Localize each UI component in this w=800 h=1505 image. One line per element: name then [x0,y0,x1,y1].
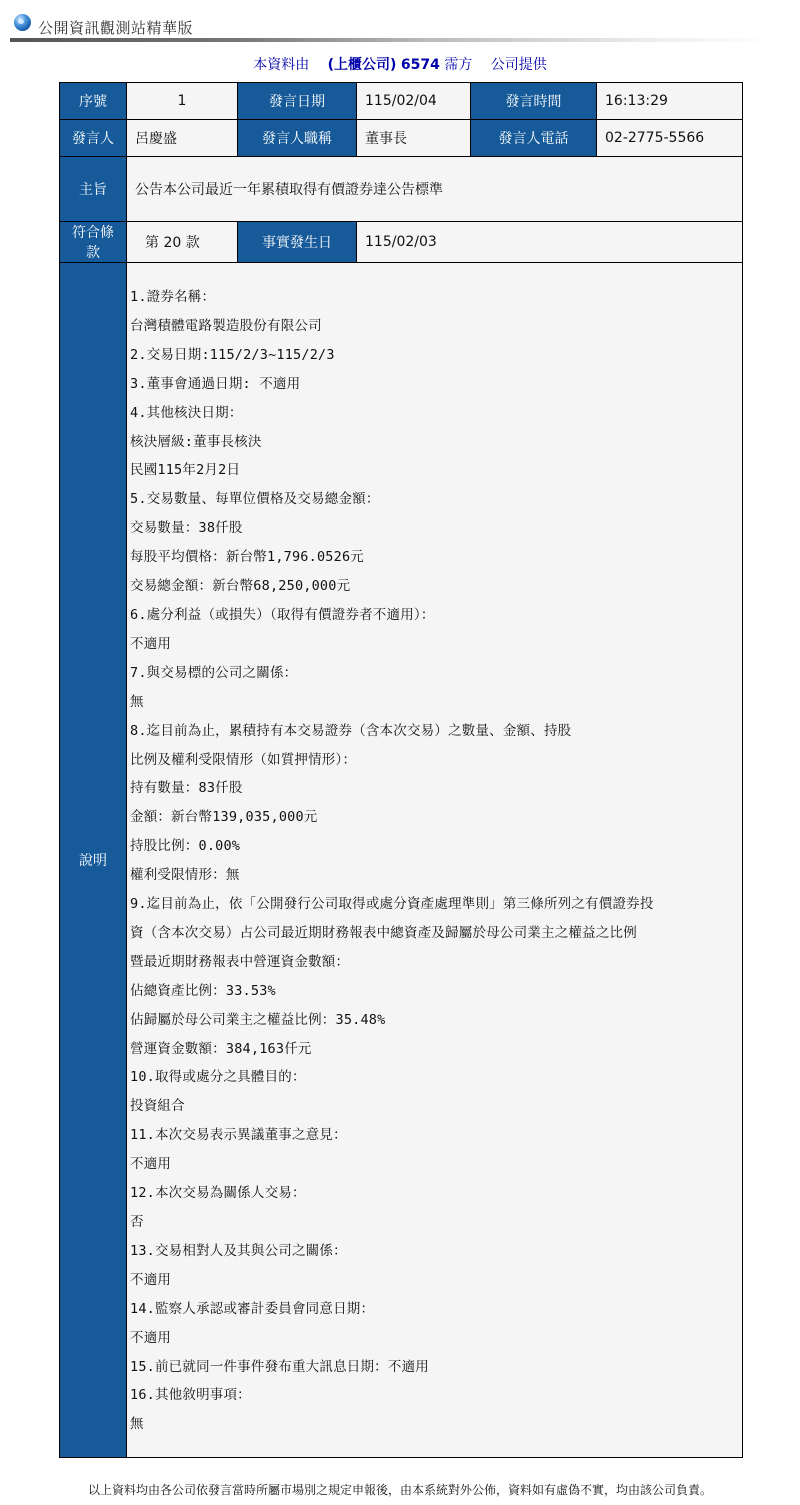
description-line: 10.取得或處分之具體目的： [130,1063,742,1092]
description-line: 否 [130,1208,742,1237]
description-line: 持有數量：83仟股 [130,774,742,803]
provider-line: 本資料由 (上櫃公司) 6574 霈方 公司提供 [0,54,800,74]
clause-label: 符合條款 [60,222,127,263]
description-line: 核決層級:董事長核決 [130,428,742,457]
speaker-title-value: 董事長 [357,120,471,157]
description-line: 民國115年2月2日 [130,456,742,485]
speaker-value: 呂慶盛 [127,120,238,157]
description-line: 比例及權利受限情形（如質押情形）： [130,746,742,775]
description-line: 不適用 [130,630,742,659]
header-divider [10,38,770,42]
description-line: 營運資金數額：384,163仟元 [130,1035,742,1064]
description-line: 7.與交易標的公司之關係： [130,659,742,688]
provider-market: (上櫃公司) [328,57,397,73]
description-line: 無 [130,1410,742,1439]
description-line: 暨最近期財務報表中營運資金數額： [130,948,742,977]
site-header: 公開資訊觀測站精華版 [10,12,770,40]
provider-company: 霈方 [444,57,472,73]
provider-code: 6574 [401,57,440,73]
description-line: 8.迄目前為止，累積持有本交易證券（含本次交易）之數量、金額、持股 [130,717,742,746]
description-line: 1.證券名稱： [130,283,742,312]
time-value: 16:13:29 [597,83,743,120]
description-line: 6.處分利益（或損失）（取得有價證券者不適用）： [130,601,742,630]
seq-label: 序號 [60,83,127,120]
description-line: 權利受限情形：無 [130,861,742,890]
description-line: 4.其他核決日期： [130,399,742,428]
speaker-label: 發言人 [60,120,127,157]
description-line: 13.交易相對人及其與公司之關係： [130,1237,742,1266]
description-line: 台灣積體電路製造股份有限公司 [130,312,742,341]
description-line: 每股平均價格：新台幣1,796.0526元 [130,543,742,572]
subject-label: 主旨 [60,157,127,222]
footer-disclaimer: 以上資料均由各公司依發言當時所屬市場別之規定申報後，由本系統對外公佈，資料如有虛… [0,1481,800,1498]
table-row: 序號 1 發言日期 115/02/04 發言時間 16:13:29 [60,83,743,120]
provider-suffix: 公司提供 [491,57,547,73]
table-row: 符合條款 第 20 款 事實發生日 115/02/03 [60,222,743,263]
phone-value: 02-2775-5566 [597,120,743,157]
site-title: 公開資訊觀測站精華版 [38,17,193,38]
globe-icon [14,14,31,31]
phone-label: 發言人電話 [471,120,597,157]
description-cell: 1.證券名稱：台灣積體電路製造股份有限公司2.交易日期:115/2/3~115/… [127,263,743,1458]
description-line: 無 [130,688,742,717]
description-label: 說明 [60,263,127,1458]
description-line: 佔歸屬於母公司業主之權益比例：35.48% [130,1006,742,1035]
speaker-title-label: 發言人職稱 [238,120,357,157]
table-row: 發言人 呂慶盛 發言人職稱 董事長 發言人電話 02-2775-5566 [60,120,743,157]
description-line: 15.前已就同一件事件發布重大訊息日期：不適用 [130,1353,742,1382]
description-line: 不適用 [130,1150,742,1179]
description-line: 投資組合 [130,1092,742,1121]
description-line: 2.交易日期:115/2/3~115/2/3 [130,341,742,370]
description-line: 16.其他敘明事項： [130,1381,742,1410]
date-label: 發言日期 [238,83,357,120]
description-line: 9.迄目前為止，依「公開發行公司取得或處分資產處理準則」第三條所列之有價證券投 [130,890,742,919]
description-line: 5.交易數量、每單位價格及交易總金額： [130,485,742,514]
event-date-label: 事實發生日 [238,222,357,263]
table-row: 說明 1.證券名稱：台灣積體電路製造股份有限公司2.交易日期:115/2/3~1… [60,263,743,1458]
description-line: 持股比例：0.00% [130,832,742,861]
description-line: 佔總資產比例：33.53% [130,977,742,1006]
description-line: 11.本次交易表示異議董事之意見： [130,1121,742,1150]
description-line: 交易總金額：新台幣68,250,000元 [130,572,742,601]
event-date-value: 115/02/03 [357,222,743,263]
clause-value: 第 20 款 [127,222,238,263]
seq-value: 1 [127,83,238,120]
description-body: 1.證券名稱：台灣積體電路製造股份有限公司2.交易日期:115/2/3~115/… [130,263,742,1439]
table-row: 主旨 公告本公司最近一年累積取得有價證券達公告標準 [60,157,743,222]
time-label: 發言時間 [471,83,597,120]
description-line: 金額：新台幣139,035,000元 [130,803,742,832]
description-line: 交易數量：38仟股 [130,514,742,543]
description-line: 14.監察人承認或審計委員會同意日期： [130,1295,742,1324]
date-value: 115/02/04 [357,83,471,120]
description-line: 3.董事會通過日期: 不適用 [130,370,742,399]
description-line: 不適用 [130,1266,742,1295]
provider-prefix: 本資料由 [253,57,309,73]
description-line: 12.本次交易為關係人交易： [130,1179,742,1208]
announcement-table: 序號 1 發言日期 115/02/04 發言時間 16:13:29 發言人 呂慶… [59,82,743,1458]
subject-value: 公告本公司最近一年累積取得有價證券達公告標準 [127,157,743,222]
description-line: 不適用 [130,1324,742,1353]
description-line: 資（含本次交易）占公司最近期財務報表中總資產及歸屬於母公司業主之權益之比例 [130,919,742,948]
